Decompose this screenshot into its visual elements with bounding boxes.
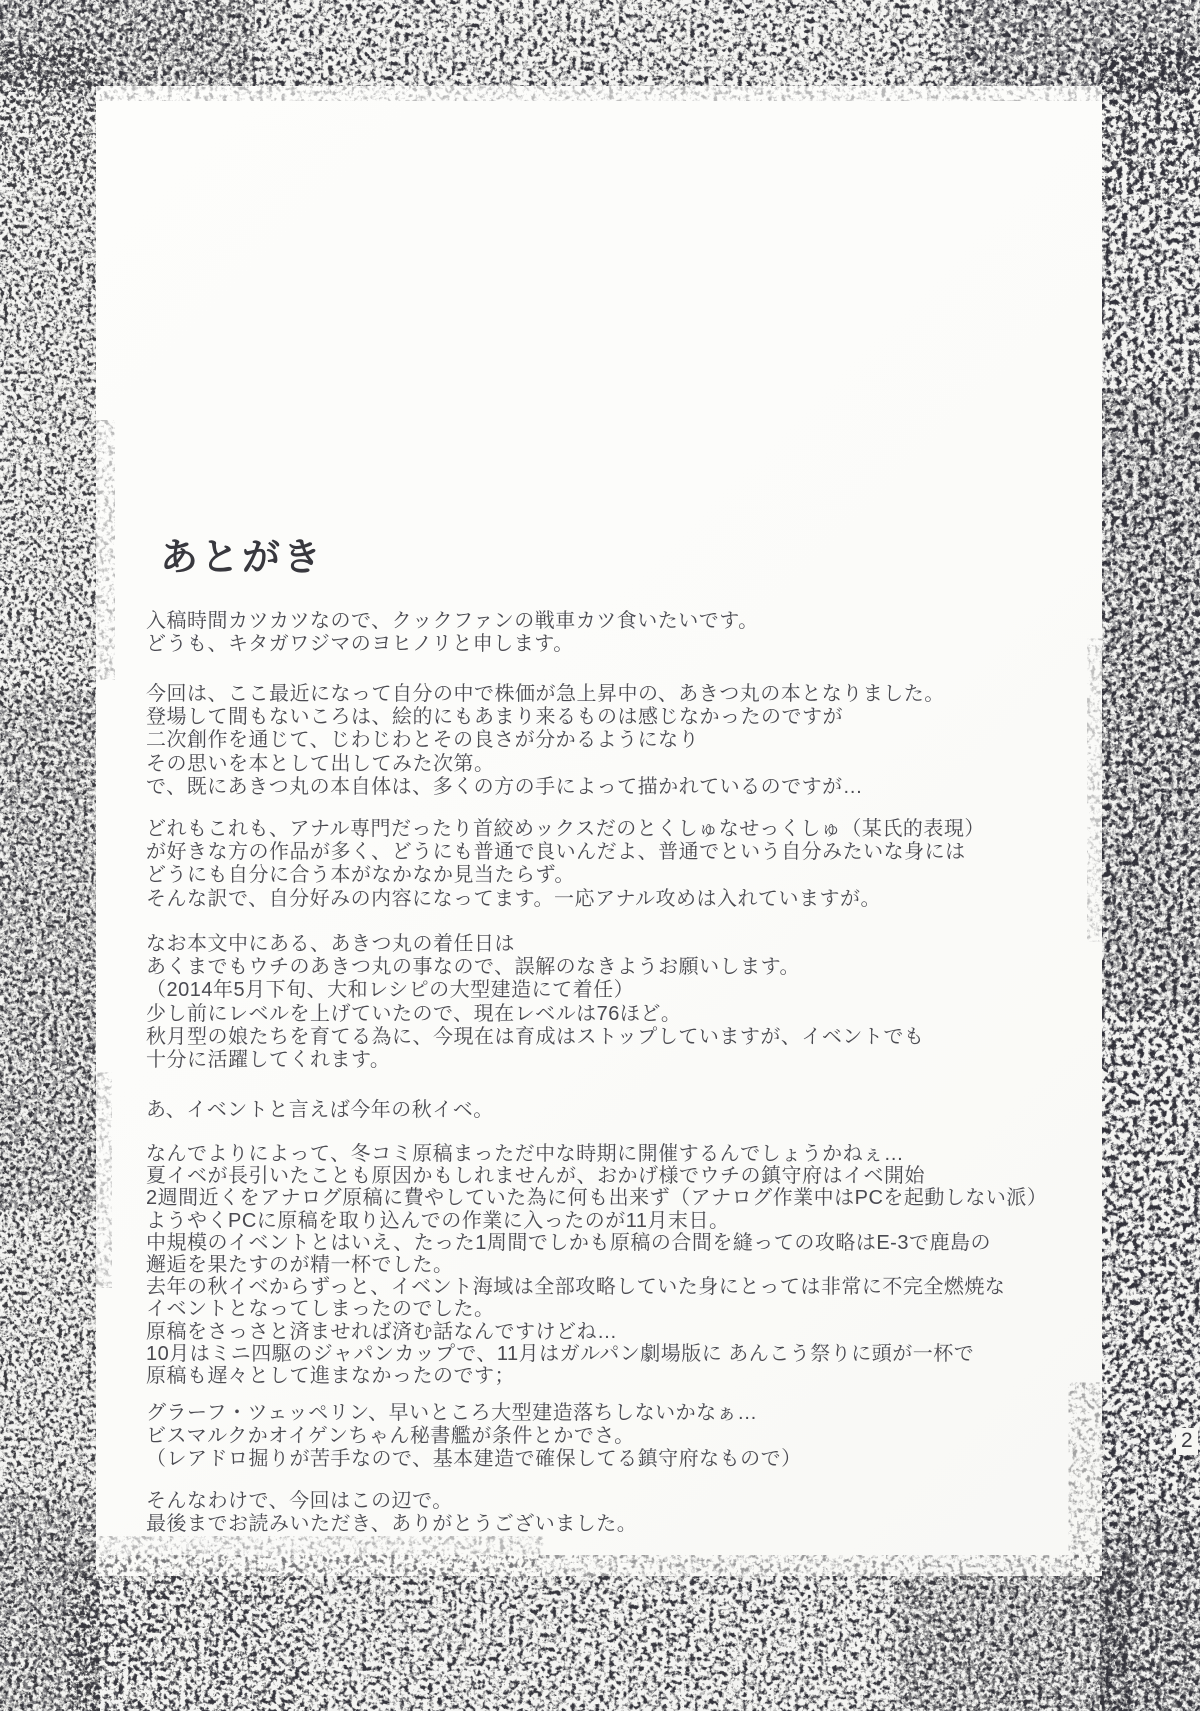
afterword-paragraph-existing-works: どれもこれも、アナル専門だったり首絞めックスだのとくしゅなせっくしゅ（某氏的表現… [146,818,1111,911]
afterword-paragraph-greeting: 入稿時間カツカツなので、クックファンの戦車カツ食いたいです。 どうも、キタガワジ… [146,610,1111,656]
scanned-afterword-page: あとがき 入稿時間カツカツなので、クックファンの戦車カツ食いたいです。 どうも、… [0,0,1200,1711]
afterword-paragraph-graf-zeppelin: グラーフ・ツェッペリン、早いところ大型建造落ちしないかなぁ… ビスマルクかオイゲ… [146,1402,1111,1472]
afterword-paragraph-closing: そんなわけで、今回はこの辺で。 最後までお読みいただき、ありがとうございました。 [146,1490,1111,1536]
page-title: あとがき [160,526,324,581]
afterword-paragraph-autumn-event: なんでよりによって、冬コミ原稿まっただ中な時期に開催するんでしょうかねぇ… 夏イ… [146,1143,1111,1387]
afterword-text: あとがき 入稿時間カツカツなので、クックファンの戦車カツ食いたいです。 どうも、… [0,0,1200,1711]
afterword-paragraph-book-motivation: 今回は、ここ最近になって自分の中で株価が急上昇中の、あきつ丸の本となりました。 … [146,683,1111,799]
afterword-paragraph-event-intro: あ、イベントと言えば今年の秋イベ。 [146,1099,1111,1122]
page-number: 2 [1176,1428,1198,1455]
afterword-paragraph-ship-notes: なお本文中にある、あきつ丸の着任日は あくまでもウチのあきつ丸の事なので、誤解の… [146,933,1111,1072]
